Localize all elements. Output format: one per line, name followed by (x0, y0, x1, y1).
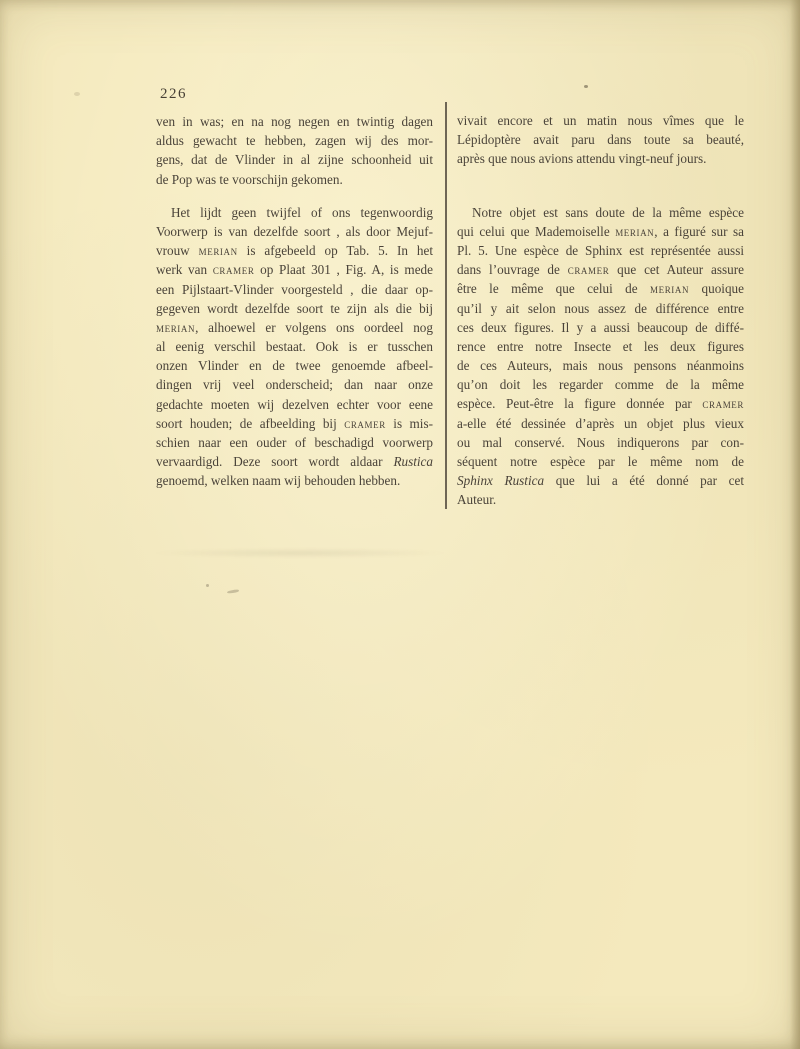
text-segment: vervaardigd. Deze soort wordt aldaar (156, 454, 393, 469)
text-line: gedachte moeten wij dezelven echter voor… (156, 395, 433, 414)
text-line: Pl. 5. Une espèce de Sphinx est représen… (457, 241, 744, 260)
text-segment: op Plaat 301 , Fig. A, is mede (254, 262, 433, 277)
text-segment: que cet Auteur assure (609, 262, 744, 277)
paragraph: Notre objet est sans doute de la même es… (457, 203, 744, 510)
text-segment: Het lijdt geen twijfel of ons tegenwoord… (171, 205, 433, 220)
author-name-smallcaps: cramer (702, 396, 744, 411)
text-segment: de ces Auteurs, mais nous pensons néanmo… (457, 358, 744, 373)
text-line: dingen vrij veel onderscheid; dan naar o… (156, 375, 433, 394)
text-segment: être le même que celui de (457, 281, 650, 296)
text-segment: a-elle été dessinée d’après un objet plu… (457, 416, 744, 431)
text-segment: séquent notre espèce par le même nom de (457, 454, 744, 469)
text-segment: werk van (156, 262, 213, 277)
paragraph: ven in was; en na nog negen en twintig d… (156, 112, 433, 189)
text-line: séquent notre espèce par le même nom de (457, 452, 744, 471)
text-segment: quoique (689, 281, 744, 296)
text-segment: is afgebeeld op Tab. 5. In het (238, 243, 433, 258)
text-segment: al eenig verschil bestaat. Ook is er tus… (156, 339, 433, 354)
text-segment: que lui a été donné par cet (544, 473, 744, 488)
text-line: ven in was; en na nog negen en twintig d… (156, 112, 433, 131)
text-segment: Voorwerp is van dezelfde soort , als doo… (156, 224, 433, 239)
author-name-smallcaps: merian (650, 281, 689, 296)
text-segment: dingen vrij veel onderscheid; dan naar o… (156, 377, 433, 392)
text-line: Sphinx Rustica que lui a été donné par c… (457, 471, 744, 490)
text-line: ces deux figures. Il y a aussi beaucoup … (457, 318, 744, 337)
text-line: Auteur. (457, 490, 744, 509)
text-segment: vrouw (156, 243, 199, 258)
text-segment: après que nous avions attendu vingt-neuf… (457, 151, 706, 166)
text-line: schien naar een ouder of beschadigd voor… (156, 433, 433, 452)
text-segment: dans l’ouvrage de (457, 262, 568, 277)
text-segment: Auteur. (457, 492, 496, 507)
text-line: merian, alhoewel er volgens ons oordeel … (156, 318, 433, 337)
text-line: dans l’ouvrage de cramer que cet Auteur … (457, 260, 744, 279)
paragraph: Het lijdt geen twijfel of ons tegenwoord… (156, 203, 433, 491)
paper-speck (206, 584, 209, 587)
text-segment: vivait encore et un matin nous vîmes que… (457, 113, 744, 128)
text-segment: onzen Vlinder en de twee genoemde afbeel… (156, 358, 433, 373)
text-segment: qu’on doit les regarder comme de la même (457, 377, 744, 392)
author-name-smallcaps: cramer (213, 262, 255, 277)
text-line: Voorwerp is van dezelfde soort , als doo… (156, 222, 433, 241)
text-line: de ces Auteurs, mais nous pensons néanmo… (457, 356, 744, 375)
text-line: espèce. Peut-être la figure donnée par c… (457, 394, 744, 413)
text-line: qu’il y ait selon nous assez de différen… (457, 299, 744, 318)
text-segment: espèce. Peut-être la figure donnée par (457, 396, 702, 411)
species-name-italic: Sphinx Rustica (457, 473, 544, 488)
ink-speck (584, 85, 588, 88)
text-line: een Pijlstaart-Vlinder voorgesteld , die… (156, 280, 433, 299)
text-segment: gegeven wordt dezelfde soort te zijn als… (156, 301, 433, 316)
species-name-italic: Rustica (393, 454, 433, 469)
paper-speck (227, 589, 239, 594)
text-line: de Pop was te voorschijn gekomen. (156, 170, 433, 189)
text-segment: ou mal conservé. Nous indiquerons par co… (457, 435, 744, 450)
text-segment: de Pop was te voorschijn gekomen. (156, 172, 343, 187)
text-line: ou mal conservé. Nous indiquerons par co… (457, 433, 744, 452)
text-line: vrouw merian is afgebeeld op Tab. 5. In … (156, 241, 433, 260)
page-number: 226 (160, 86, 187, 103)
text-line: Lépidoptère avait paru dans toute sa bea… (457, 130, 744, 149)
text-segment: is mis- (386, 416, 433, 431)
text-line: onzen Vlinder en de twee genoemde afbeel… (156, 356, 433, 375)
text-segment: ces deux figures. Il y a aussi beaucoup … (457, 320, 744, 335)
text-line: après que nous avions attendu vingt-neuf… (457, 149, 744, 168)
paragraph: vivait encore et un matin nous vîmes que… (457, 111, 744, 169)
text-line: genoemd, welken naam wij behouden hebben… (156, 471, 433, 490)
text-segment: gens, dat de Vlinder in al zijne schoonh… (156, 152, 433, 167)
text-segment: qu’il y ait selon nous assez de différen… (457, 301, 744, 316)
text-line: Notre objet est sans doute de la même es… (457, 203, 744, 222)
text-segment: soort houden; de afbeelding bij (156, 416, 344, 431)
text-segment: een Pijlstaart-Vlinder voorgesteld , die… (156, 282, 433, 297)
text-segment: genoemd, welken naam wij behouden hebben… (156, 473, 400, 488)
text-line: werk van cramer op Plaat 301 , Fig. A, i… (156, 260, 433, 279)
text-line: vervaardigd. Deze soort wordt aldaar Rus… (156, 452, 433, 471)
text-line: rence entre notre Insecte et les deux fi… (457, 337, 744, 356)
left-column: ven in was; en na nog negen en twintig d… (156, 112, 433, 491)
text-line: al eenig verschil bestaat. Ook is er tus… (156, 337, 433, 356)
text-segment: Lépidoptère avait paru dans toute sa bea… (457, 132, 744, 147)
book-page: 226 ven in was; en na nog negen en twint… (0, 0, 800, 1049)
text-segment: schien naar een ouder of beschadigd voor… (156, 435, 433, 450)
text-line: soort houden; de afbeelding bij cramer i… (156, 414, 433, 433)
author-name-smallcaps: merian (615, 224, 654, 239)
text-segment: aldus gewacht te hebben, zagen wij des m… (156, 133, 433, 148)
text-segment: qui celui que Mademoiselle (457, 224, 615, 239)
text-segment: Notre objet est sans doute de la même es… (472, 205, 744, 220)
text-line: être le même que celui de merian quoique (457, 279, 744, 298)
text-segment: Pl. 5. Une espèce de Sphinx est représen… (457, 243, 744, 258)
show-through-smudge (150, 548, 450, 558)
text-line: Het lijdt geen twijfel of ons tegenwoord… (156, 203, 433, 222)
text-line: gegeven wordt dezelfde soort te zijn als… (156, 299, 433, 318)
text-segment: ven in was; en na nog negen en twintig d… (156, 114, 433, 129)
right-column: vivait encore et un matin nous vîmes que… (457, 111, 744, 510)
text-line: gens, dat de Vlinder in al zijne schoonh… (156, 150, 433, 169)
author-name-smallcaps: merian (199, 243, 238, 258)
author-name-smallcaps: cramer (568, 262, 610, 277)
column-divider-rule (445, 102, 447, 509)
text-line: vivait encore et un matin nous vîmes que… (457, 111, 744, 130)
paper-speck (74, 92, 80, 96)
author-name-smallcaps: cramer (344, 416, 386, 431)
text-line: qui celui que Mademoiselle merian, a fig… (457, 222, 744, 241)
author-name-smallcaps: merian (156, 320, 195, 335)
text-line: aldus gewacht te hebben, zagen wij des m… (156, 131, 433, 150)
text-line: a-elle été dessinée d’après un objet plu… (457, 414, 744, 433)
text-segment: gedachte moeten wij dezelven echter voor… (156, 397, 433, 412)
text-segment: rence entre notre Insecte et les deux fi… (457, 339, 744, 354)
text-line: qu’on doit les regarder comme de la même (457, 375, 744, 394)
text-segment: , a figuré sur sa (654, 224, 744, 239)
text-segment: , alhoewel er volgens ons oordeel nog (195, 320, 433, 335)
